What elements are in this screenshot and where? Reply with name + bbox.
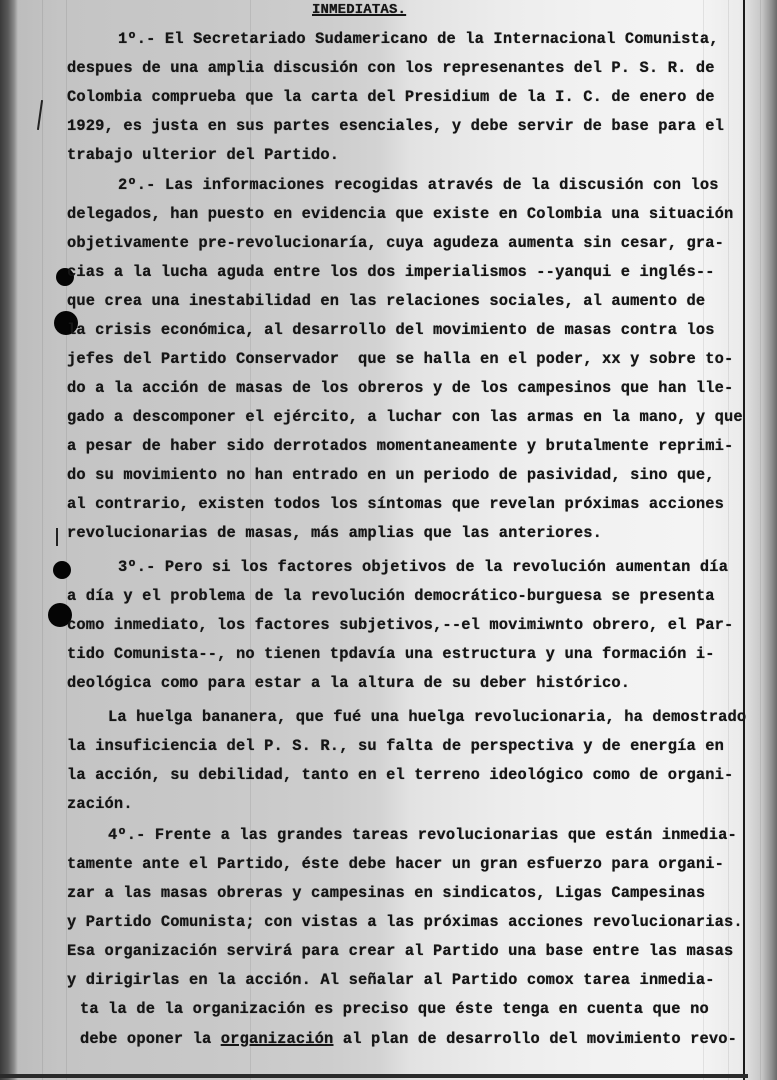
text-line: jefes del Partido Conservador que se hal… [67, 350, 733, 368]
text-line: deológica como para estar a la altura de… [67, 674, 630, 692]
text-line: Colombia comprueba que la carta del Pres… [67, 88, 715, 106]
page-title: INMEDIATAS. [312, 1, 406, 19]
text-line: delegados, han puesto en evidencia que e… [67, 205, 733, 223]
text-line: despues de una amplia discusión con los … [67, 59, 715, 77]
text-line: como inmediato, los factores subjetivos,… [67, 616, 733, 634]
text-line: gado a descomponer el ejército, a luchar… [67, 408, 743, 426]
text-line: trabajo ulterior del Partido. [67, 146, 339, 164]
text-line: 1929, es justa en sus partes esenciales,… [67, 117, 724, 135]
text-line: y dirigirlas en la acción. Al señalar al… [67, 971, 715, 989]
text-line: revolucionarias de masas, más amplias qu… [67, 524, 602, 542]
text-line: la acción, su debilidad, tanto en el ter… [67, 766, 733, 784]
text-line: debe oponer la organización al plan de d… [80, 1030, 737, 1048]
text-line: tido Comunista--, no tienen tpdavía una … [67, 645, 715, 663]
text-line: tamente ante el Partido, éste debe hacer… [67, 855, 724, 873]
text-line: do a la acción de masas de los obreros y… [67, 379, 733, 397]
text-line: objetivamente pre-revolucionaría, cuya a… [67, 234, 724, 252]
text-line: 3º.- Pero si los factores objetivos de l… [118, 558, 728, 576]
text-line: que crea una inestabilidad en las relaci… [67, 292, 705, 310]
text-line: 4º.- Frente a las grandes tareas revoluc… [108, 826, 737, 844]
text-line: zar a las masas obreras y campesinas en … [67, 884, 705, 902]
text-line: cias a la lucha aguda entre los dos impe… [67, 263, 715, 281]
document-body: INMEDIATAS. 1º.- El Secretariado Sudamer… [0, 0, 777, 1080]
text-line: zación. [67, 795, 133, 813]
text-line: ta la de la organización es preciso que … [80, 1000, 709, 1018]
text-line: 2º.- Las informaciones recogidas através… [118, 176, 719, 194]
text-line-tail: al plan de desarrollo del movimiento rev… [333, 1030, 737, 1048]
text-line: al contrario, existen todos los síntomas… [67, 495, 724, 513]
underlined-word: organización [221, 1030, 334, 1048]
text-line: la insuficiencia del P. S. R., su falta … [67, 737, 724, 755]
text-line: a pesar de haber sido derrotados momenta… [67, 437, 733, 455]
text-line: 1º.- El Secretariado Sudamericano de la … [118, 30, 719, 48]
text-line: a día y el problema de la revolución dem… [67, 587, 715, 605]
text-line: do su movimiento no han entrado en un pe… [67, 466, 715, 484]
text-line: Esa organización servirá para crear al P… [67, 942, 733, 960]
text-line: y Partido Comunista; con vistas a las pr… [67, 913, 743, 931]
text-line: La huelga bananera, que fué una huelga r… [108, 708, 746, 726]
text-line: la crisis económica, al desarrollo del m… [67, 321, 715, 339]
